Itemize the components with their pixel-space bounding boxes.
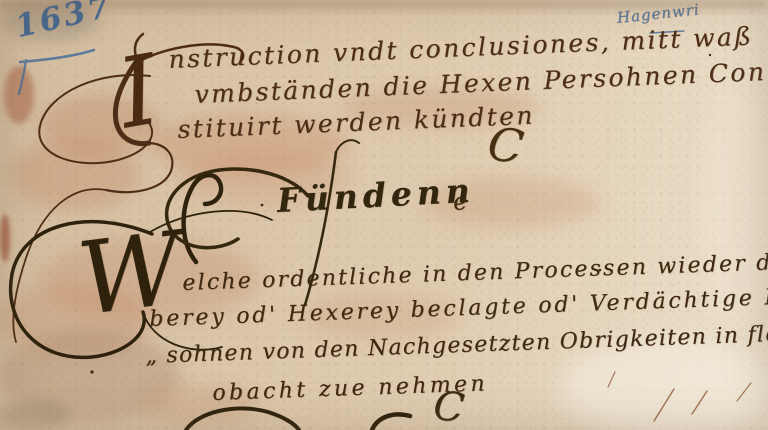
section-heading: Fündenn [276, 171, 476, 220]
archival-corner-note: Hagenwri [616, 0, 700, 27]
etcetera-mark-body: C [431, 383, 466, 430]
stain-blob [0, 214, 10, 262]
cutoff-initial-fragment [186, 408, 410, 430]
archival-year-note: 1637 [12, 0, 116, 45]
stray-pen-marks [608, 372, 751, 421]
ornate-initial-i: I [110, 33, 167, 150]
etcetera-mark-heading: e [452, 187, 468, 216]
stain-blob [0, 400, 70, 430]
etcetera-mark-title: C [484, 116, 526, 174]
manuscript-page: 1637 Hagenwri I W nstruction vndt conclu… [0, 0, 768, 430]
stain-blob [10, 140, 140, 210]
stain-blob [4, 66, 34, 124]
